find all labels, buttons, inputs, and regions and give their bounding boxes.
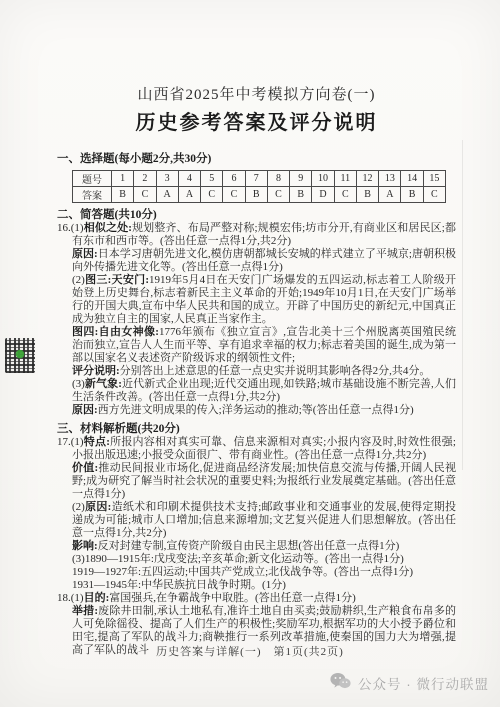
question-number-cell: 3 [156,171,178,187]
answer-paragraph: 评分说明:分别答出上述意思的任意一点史实并说明其影响各得2分,共4分。 [72,365,456,378]
answer-label: 新气象: [85,378,122,390]
answer-label: 原因: [85,501,112,513]
answer-text: 反对封建专制,宣传资产阶级自由民主思想(答出任意一点得1分) [98,540,400,552]
question-number-cell: 8 [267,171,289,187]
answer-paragraph: 价值:推动民间报业市场化,促进商品经济发展;加快信息交流与传播,开阔人民视野;成… [72,462,456,501]
section-heading-material: 三、材料解析题(共20分) [57,422,456,436]
question-number-cell: 9 [290,171,312,187]
answer-table: 题号123456789101112131415答案BCAACCBCBDCBABC [72,170,446,203]
answer-text: (3) [72,378,85,390]
answer-cell: D [312,187,334,203]
question-number-cell: 12 [356,171,378,187]
answer-label: 特点: [84,436,110,448]
answer-label: 目的: [84,592,110,604]
answer-paragraph: 1919—1927年:五四运动;中国共产党成立;北伐战争等。(答出一点得1分) [72,566,456,579]
answer-label: 原因: [72,248,98,260]
question-number-cell: 10 [312,171,334,187]
answer-cell: B [245,187,267,203]
answer-label: 相似之处: [84,222,132,234]
answer-text: 18.(1) [57,592,84,604]
answer-cell: C [423,187,445,203]
answer-label: 图三:天安门: [85,274,149,286]
answer-cell: B [401,187,423,203]
answer-cell: C [267,187,289,203]
answer-paragraph: (2)图三:天安门:1919年5月4日在天安门广场爆发的五四运动,标志着工人阶级… [72,274,456,326]
answer-label: 图四:自由女神像: [72,326,159,338]
answer-cell: C [201,187,223,203]
answer-text: 富国强兵,在争霸战争中取胜。(答出任意一点得1分) [109,592,356,604]
question-number-cell: 13 [379,171,401,187]
answer-text: 1919—1927年:五四运动;中国共产党成立;北伐战争等。(答出一点得1分) [72,566,413,578]
page-edge-shadow [462,140,463,470]
answer-label: 举措: [72,605,98,617]
table-row: 答案BCAACCBCBDCBABC [73,187,446,203]
answer-cell: B [356,187,378,203]
answer-cell: A [379,187,401,203]
question-number-cell: 6 [223,171,245,187]
question-number-cell: 5 [201,171,223,187]
answer-paragraph: (3)1890—1915年:戊戌变法;辛亥革命;新文化运动等。(答出一点得1分) [72,553,456,566]
watermark-text: 公众号 · 微行动联盟 [358,673,489,693]
row-label-cell: 答案 [73,187,112,203]
page-footer: 历史答案与详解(一) 第1页(共2页) [0,643,500,659]
answer-cell: B [290,187,312,203]
answer-paragraph: 17.(1)特点:所报内容相对真实可靠、信息来源相对真实;小报内容及时,时效性很… [72,436,456,462]
section-heading-short-answer: 二、简答题(共10分) [57,208,456,222]
answer-paragraph: 原因:西方先进文明成果的传入;洋务运动的推动;等(答出任意一点得1分) [72,404,456,417]
answer-cell: A [178,187,200,203]
answer-paragraph: 图四:自由女神像:1776年颁布《独立宣言》,宣告北美十三个州脱离英国殖民统治而… [72,326,456,365]
table-row: 题号123456789101112131415 [73,171,446,187]
answer-text: 日本学习唐朝先进文化,模仿唐朝都城长安城的样式建立了平城京;唐朝积极向外传播先进… [72,248,456,273]
answer-text: (2) [72,274,85,286]
material-paragraphs: 17.(1)特点:所报内容相对真实可靠、信息来源相对真实;小报内容及时,时效性很… [57,436,456,657]
watermark: 公众号 · 微行动联盟 [330,670,490,696]
page-title: 历史参考答案及评分说明 [57,110,456,136]
answer-text: 推动民间报业市场化,促进商品经济发展;加快信息交流与传播,开阔人民视野;成为研究… [72,462,456,500]
answer-text: (2) [72,501,85,513]
answer-cell: C [134,187,156,203]
answer-paragraph: 1931—1945年:中华民族抗日战争时期。(1分) [72,579,456,592]
qr-code [5,338,35,373]
answer-text: 分别答出上述意思的任意一点史实并说明其影响各得2分,共4分。 [120,365,431,377]
answer-cell: A [156,187,178,203]
answer-cell: C [223,187,245,203]
question-number-cell: 1 [112,171,134,187]
answer-text: 近代新式企业出现;近代交通出现,如铁路;城市基础设施不断完善,人们生活条件改善。… [72,378,456,403]
answer-text: 1931—1945年:中华民族抗日战争时期。(1分) [72,579,286,591]
answer-text: 所报内容相对真实可靠、信息来源相对真实;小报内容及时,时效性很强;小报出版迅速;… [72,436,456,461]
answer-text: 16.(1) [57,222,84,234]
answer-text: 造纸术和印刷术提供技术支持;邮政事业和交通事业的发展,使得定期投递成为可能;城市… [72,501,456,539]
short-answer-paragraphs: 16.(1)相似之处:规划整齐、布局严整对称;规模宏伟;坊市分开,有商业区和居民… [57,222,456,417]
answer-cell: B [112,187,134,203]
answer-cell: C [334,187,356,203]
answer-paragraph: 16.(1)相似之处:规划整齐、布局严整对称;规模宏伟;坊市分开,有商业区和居民… [72,222,456,248]
exam-title: 山西省2025年中考模拟方向卷(一) [57,86,456,104]
answer-paragraph: 原因:日本学习唐朝先进文化,模仿唐朝都城长安城的样式建立了平城京;唐朝积极向外传… [72,248,456,274]
answer-text: 西方先进文明成果的传入;洋务运动的推动;等(答出任意一点得1分) [98,404,414,416]
question-number-cell: 2 [134,171,156,187]
question-number-cell: 11 [334,171,356,187]
answer-text: 17.(1) [57,436,84,448]
answer-label: 影响: [72,540,98,552]
section-heading-choice: 一、选择题(每小题2分,共30分) [57,152,456,166]
answer-paragraph: 影响:反对封建专制,宣传资产阶级自由民主思想(答出任意一点得1分) [72,540,456,553]
answer-paragraph: 18.(1)目的:富国强兵,在争霸战争中取胜。(答出任意一点得1分) [72,592,456,605]
document-page: 山西省2025年中考模拟方向卷(一) 历史参考答案及评分说明 一、选择题(每小题… [0,0,500,707]
answer-label: 价值: [72,462,98,474]
answer-label: 原因: [72,404,98,416]
question-number-cell: 14 [401,171,423,187]
answer-paragraph: (2)原因:造纸术和印刷术提供技术支持;邮政事业和交通事业的发展,使得定期投递成… [72,501,456,540]
answer-label: 评分说明: [72,365,120,377]
wechat-icon [330,672,351,695]
question-number-cell: 15 [423,171,445,187]
row-label-cell: 题号 [73,171,112,187]
answer-paragraph: (3)新气象:近代新式企业出现;近代交通出现,如铁路;城市基础设施不断完善,人们… [72,378,456,404]
question-number-cell: 7 [245,171,267,187]
answer-text: (3)1890—1915年:戊戌变法;辛亥革命;新文化运动等。(答出一点得1分) [72,553,404,565]
question-number-cell: 4 [178,171,200,187]
